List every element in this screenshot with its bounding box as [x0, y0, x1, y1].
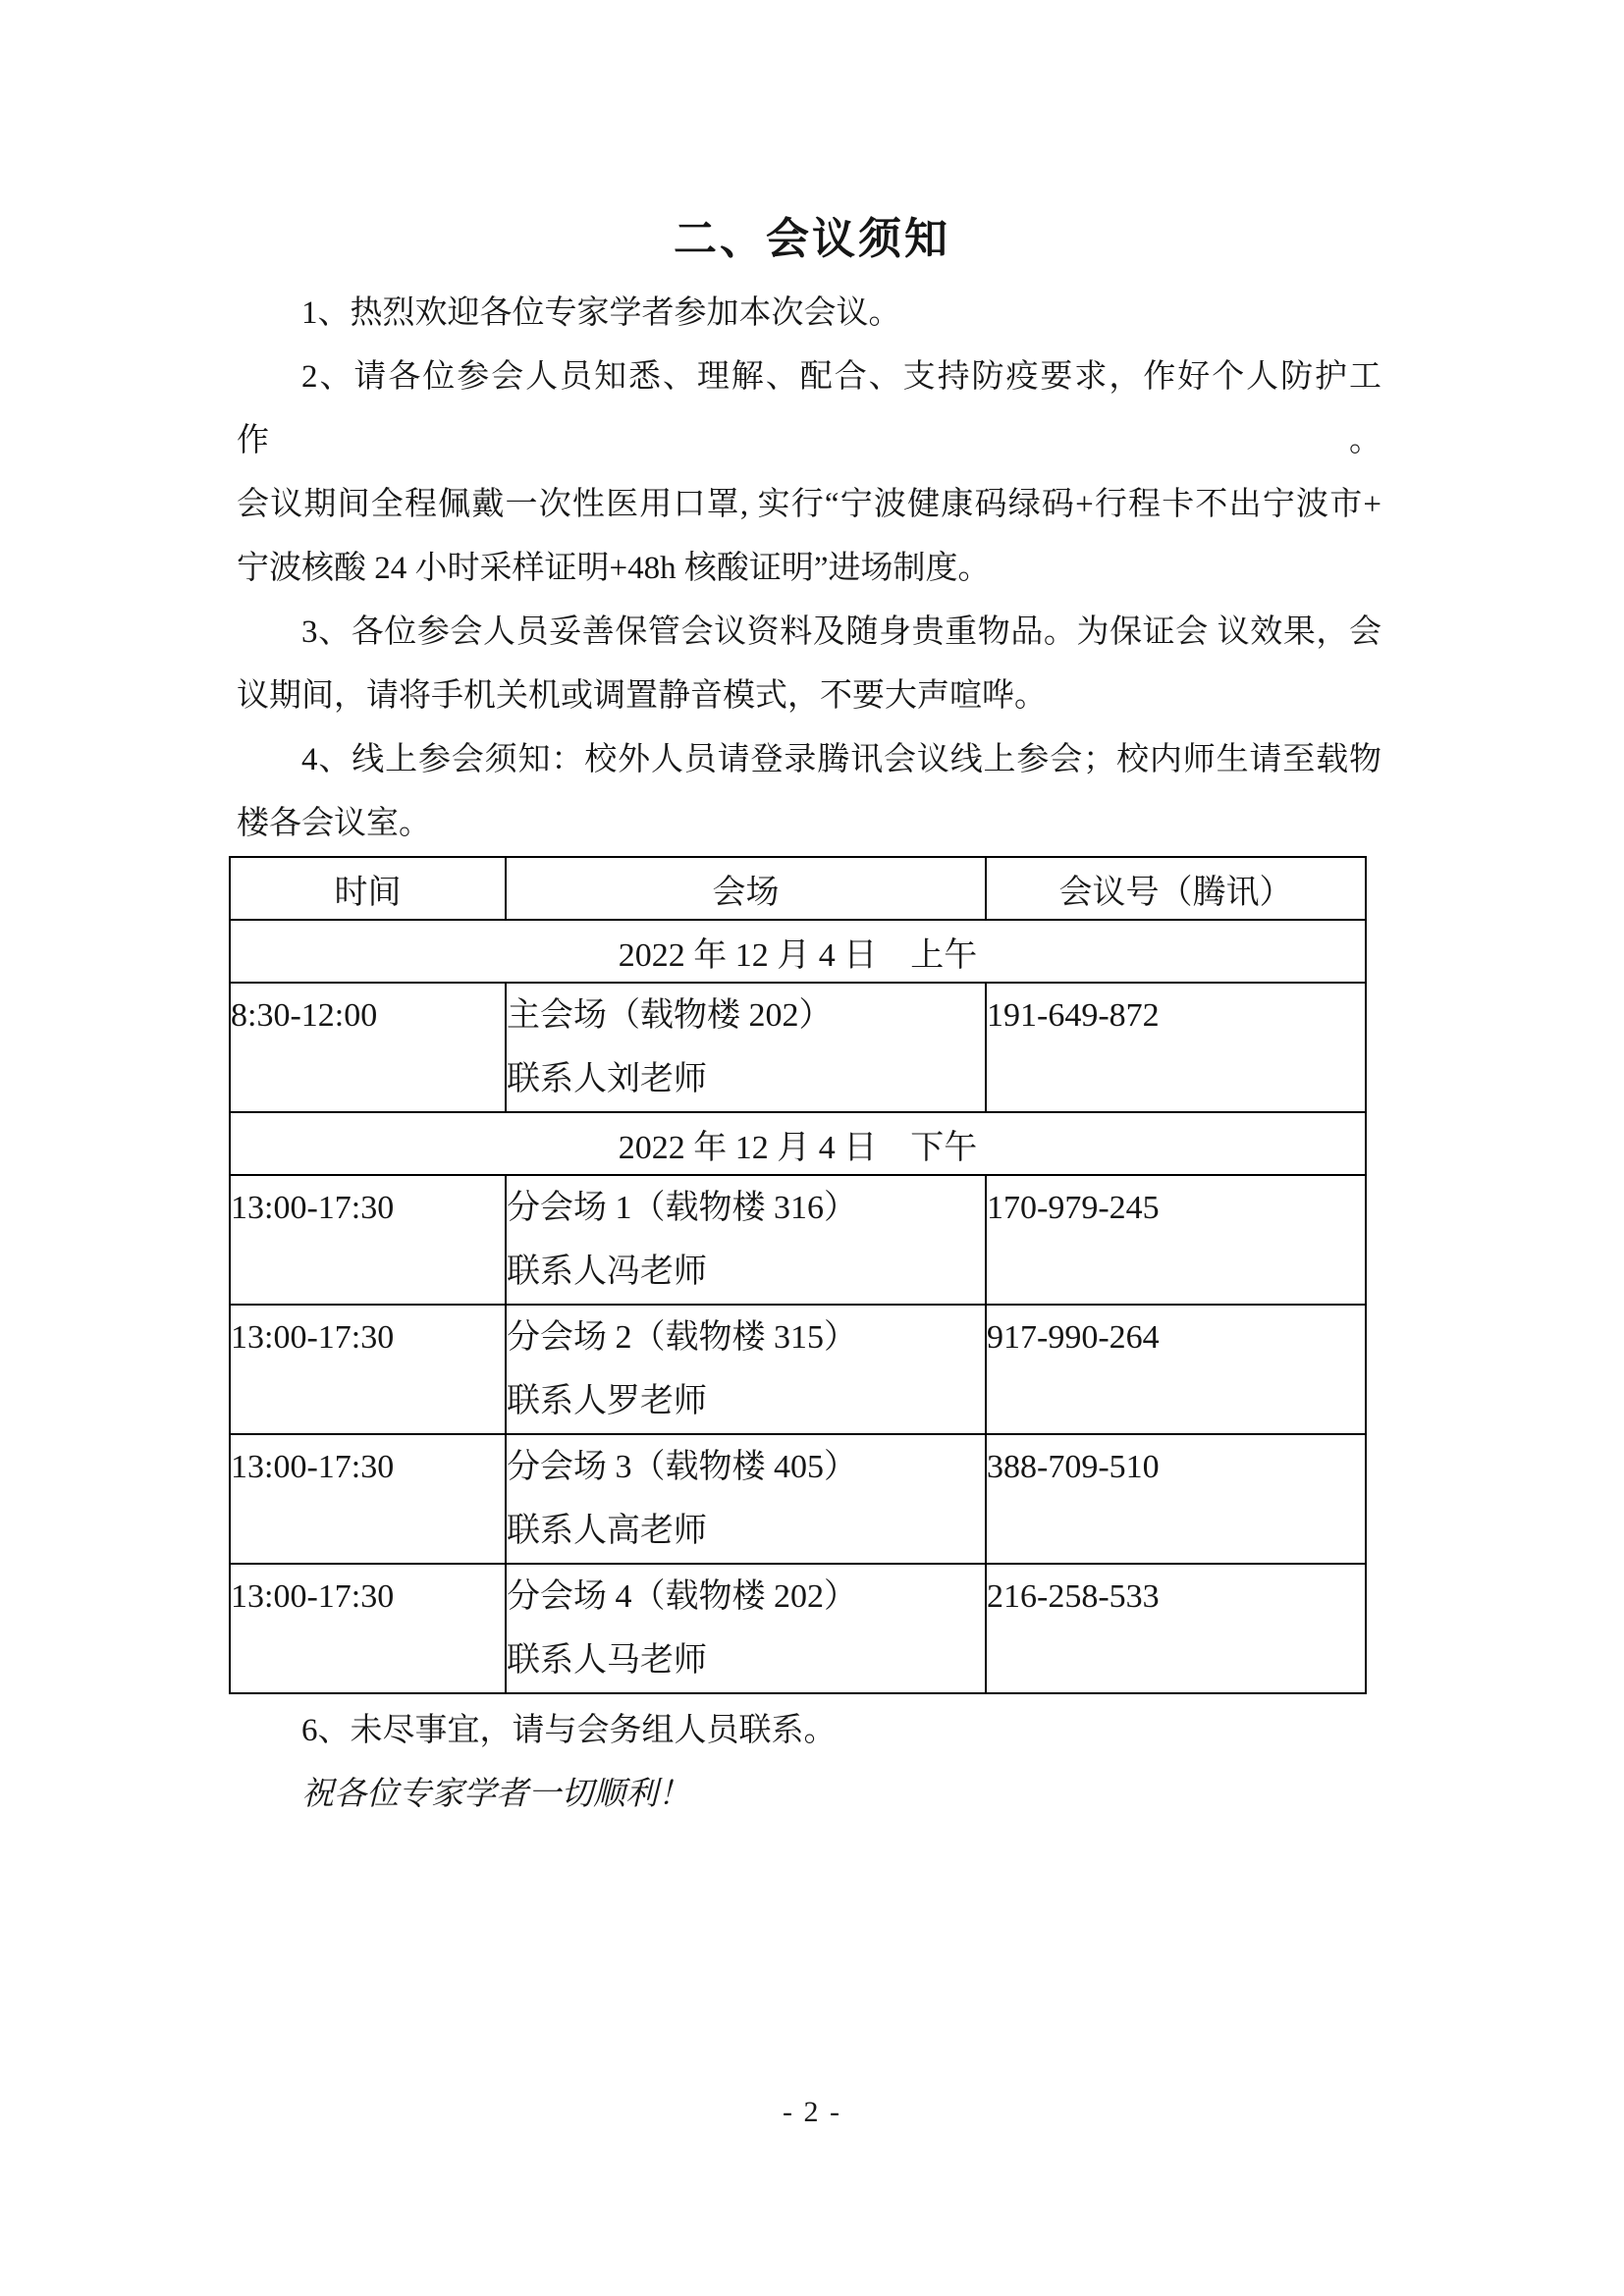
page-title: 二、会议须知 [0, 210, 1624, 269]
paragraph-6: 6、未尽事宜，请与会务组人员联系。 [237, 1699, 1381, 1763]
paragraph-4-line-2: 楼各会议室。 [237, 792, 1381, 856]
cell-venue: 主会场（载物楼 202） 联系人刘老师 [506, 983, 986, 1112]
page-number: - 2 - [0, 2096, 1624, 2129]
notice-paragraphs: 1、热烈欢迎各位专家学者参加本次会议。 2、请各位参会人员知悉、理解、配合、支持… [237, 282, 1381, 856]
session-date-row-morning: 2022 年 12 月 4 日 上午 [230, 920, 1366, 983]
cell-venue: 分会场 2（载物楼 315） 联系人罗老师 [506, 1305, 986, 1434]
cell-meeting-id: 216-258-533 [986, 1564, 1366, 1693]
table-header-row: 时间 会场 会议号（腾讯） [230, 857, 1366, 920]
cell-venue: 分会场 4（载物楼 202） 联系人马老师 [506, 1564, 986, 1693]
venue-contact: 联系人高老师 [507, 1499, 985, 1563]
closing-wish: 祝各位专家学者一切顺利！ [237, 1763, 1381, 1827]
meeting-schedule-table: 时间 会场 会议号（腾讯） 2022 年 12 月 4 日 上午 8:30-12… [229, 856, 1367, 1694]
cell-time: 13:00-17:30 [230, 1564, 506, 1693]
paragraph-1: 1、热烈欢迎各位专家学者参加本次会议。 [237, 282, 1381, 346]
venue-name: 分会场 2（载物楼 315） [507, 1306, 985, 1369]
cell-time: 13:00-17:30 [230, 1175, 506, 1305]
table-row: 13:00-17:30 分会场 2（载物楼 315） 联系人罗老师 917-99… [230, 1305, 1366, 1434]
cell-time: 13:00-17:30 [230, 1434, 506, 1564]
header-meeting-id: 会议号（腾讯） [986, 857, 1366, 920]
header-venue: 会场 [506, 857, 986, 920]
paragraph-2-line-1: 2、请各位参会人员知悉、理解、配合、支持防疫要求，作好个人防护工作。 [237, 346, 1381, 473]
venue-contact: 联系人马老师 [507, 1629, 985, 1692]
cell-venue: 分会场 1（载物楼 316） 联系人冯老师 [506, 1175, 986, 1305]
cell-meeting-id: 191-649-872 [986, 983, 1366, 1112]
closing-paragraphs: 6、未尽事宜，请与会务组人员联系。 祝各位专家学者一切顺利！ [237, 1699, 1381, 1827]
document-page: 二、会议须知 1、热烈欢迎各位专家学者参加本次会议。 2、请各位参会人员知悉、理… [0, 0, 1624, 2296]
paragraph-4-line-1: 4、线上参会须知：校外人员请登录腾讯会议线上参会；校内师生请至载物 [237, 728, 1381, 792]
paragraph-3-line-2: 议期间，请将手机关机或调置静音模式，不要大声喧哗。 [237, 665, 1381, 728]
session-date-morning: 2022 年 12 月 4 日 上午 [230, 920, 1366, 983]
venue-contact: 联系人罗老师 [507, 1369, 985, 1433]
venue-name: 分会场 3（载物楼 405） [507, 1435, 985, 1499]
cell-meeting-id: 917-990-264 [986, 1305, 1366, 1434]
table-row: 13:00-17:30 分会场 4（载物楼 202） 联系人马老师 216-25… [230, 1564, 1366, 1693]
header-time: 时间 [230, 857, 506, 920]
session-date-afternoon: 2022 年 12 月 4 日 下午 [230, 1112, 1366, 1175]
table-row: 13:00-17:30 分会场 1（载物楼 316） 联系人冯老师 170-97… [230, 1175, 1366, 1305]
cell-meeting-id: 170-979-245 [986, 1175, 1366, 1305]
cell-time: 13:00-17:30 [230, 1305, 506, 1434]
cell-venue: 分会场 3（载物楼 405） 联系人高老师 [506, 1434, 986, 1564]
paragraph-2-line-2: 会议期间全程佩戴一次性医用口罩, 实行“宁波健康码绿码+行程卡不出宁波市+ [237, 473, 1381, 537]
table-row: 13:00-17:30 分会场 3（载物楼 405） 联系人高老师 388-70… [230, 1434, 1366, 1564]
venue-contact: 联系人冯老师 [507, 1240, 985, 1304]
cell-meeting-id: 388-709-510 [986, 1434, 1366, 1564]
venue-name: 主会场（载物楼 202） [507, 984, 985, 1047]
paragraph-3-line-1: 3、各位参会人员妥善保管会议资料及随身贵重物品。为保证会 议效果，会 [237, 601, 1381, 665]
session-date-row-afternoon: 2022 年 12 月 4 日 下午 [230, 1112, 1366, 1175]
table-row: 8:30-12:00 主会场（载物楼 202） 联系人刘老师 191-649-8… [230, 983, 1366, 1112]
cell-time: 8:30-12:00 [230, 983, 506, 1112]
paragraph-2-line-3: 宁波核酸 24 小时采样证明+48h 核酸证明”进场制度。 [237, 537, 1381, 601]
venue-name: 分会场 1（载物楼 316） [507, 1176, 985, 1240]
venue-name: 分会场 4（载物楼 202） [507, 1565, 985, 1629]
venue-contact: 联系人刘老师 [507, 1047, 985, 1111]
